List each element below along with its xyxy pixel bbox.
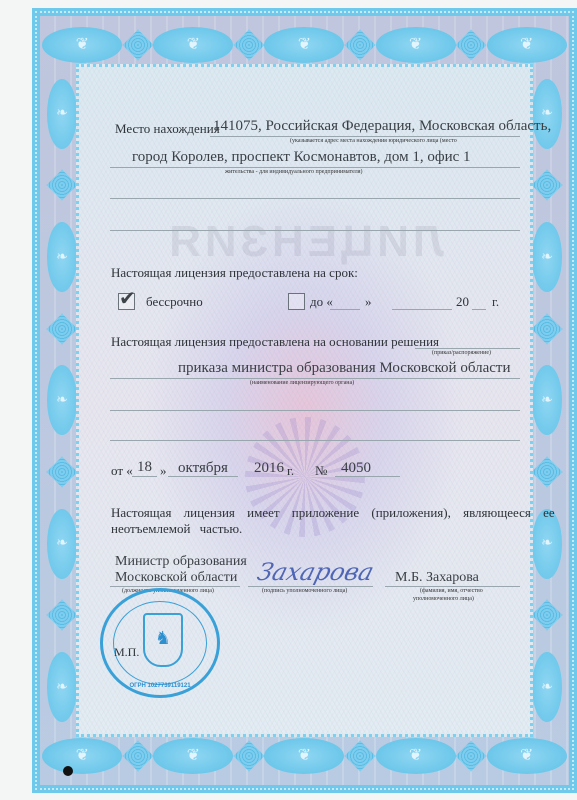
blank-rule [110,198,520,199]
scroll-ornament-icon: ❦ [153,27,233,63]
until-date-checkbox[interactable] [288,293,305,310]
order-year-suffix: г. [287,463,294,479]
unlimited-checkbox[interactable]: ✔ [118,293,135,310]
rosette-icon [46,170,77,201]
licensing-authority: приказа министра образования Московской … [178,360,510,377]
scroll-ornament-icon: ❧ [532,79,562,149]
until-year-suffix: г. [492,294,499,310]
right-ornament-column: ❧ ❧ ❧ ❧ ❧ [529,66,565,735]
scroll-ornament-icon: ❦ [153,738,233,774]
name-hint2: уполномоченного лица) [413,596,474,602]
name-hint1: (фамилия, имя, отчество [420,588,483,594]
position-rule [110,586,240,587]
scroll-ornament-icon: ❦ [376,27,456,63]
blank-rule [110,440,520,441]
location-rule1 [210,136,520,137]
until-year-rule [472,309,486,310]
basis-type-rule [415,348,520,349]
rosette-icon [531,313,562,344]
scroll-ornament-icon: ❦ [264,738,344,774]
order-number-rule [335,476,400,477]
rosette-icon [344,740,375,771]
appendix-note-line2: неотъемлемой частью. [111,521,242,537]
order-day-close: » [160,463,167,479]
order-number-label: № [315,463,327,479]
signature-rule [248,586,373,587]
scroll-ornament-icon: ❦ [487,738,567,774]
order-day: 18 [137,459,152,476]
order-from-label: от « [111,463,133,479]
rosette-icon [122,740,153,771]
scroll-ornament-icon: ❦ [264,27,344,63]
rosette-icon [456,29,487,60]
scroll-ornament-icon: ❦ [42,27,122,63]
order-month: октября [178,460,228,477]
until-option-label: до « [310,294,333,310]
checkmark-icon: ✔ [119,286,136,310]
location-hint1: (указывается адрес места нахождения юрид… [290,138,457,144]
order-day-rule [132,476,157,477]
appendix-note-line1: Настоящая лицензия имеет приложение (при… [111,505,555,521]
term-label: Настоящая лицензия предоставлена на срок… [111,265,358,281]
basis-label: Настоящая лицензия предоставлена на осно… [111,334,439,350]
signatory-position-line1: Министр образования [115,554,247,570]
scroll-ornament-icon: ❧ [532,222,562,292]
rosette-icon [531,170,562,201]
scroll-ornament-icon: ❧ [532,365,562,435]
authority-rule [110,378,520,379]
scroll-ornament-icon: ❦ [376,738,456,774]
rosette-icon [233,740,264,771]
seal-place-label: М.П. [114,645,139,660]
top-ornament-row: ❦ ❦ ❦ ❦ ❦ [40,26,569,64]
rosette-icon [531,600,562,631]
scroll-ornament-icon: ❧ [47,652,77,722]
location-rule2 [110,167,520,168]
until-year-prefix: 20 [456,294,469,310]
rosette-icon [344,29,375,60]
scroll-ornament-icon: ❧ [47,79,77,149]
blank-rule [110,230,520,231]
official-seal: ♞ ОГРН 1027739119121 [100,588,220,698]
scroll-ornament-icon: ❧ [47,365,77,435]
order-number: 4050 [341,460,371,477]
scroll-ornament-icon: ❦ [42,738,122,774]
rosette-icon [122,29,153,60]
location-line2: город Королев, проспект Космонавтов, дом… [132,149,471,166]
left-ornament-column: ❧ ❧ ❧ ❧ ❧ [44,66,80,735]
location-line1: 141075, Российская Федерация, Московская… [213,118,551,135]
punch-hole [63,766,73,776]
coat-of-arms-icon: ♞ [143,613,183,667]
until-day-rule [330,309,360,310]
rosette-icon [456,740,487,771]
rosette-icon [531,457,562,488]
order-month-rule [168,476,238,477]
authority-hint: (наименование лицензирующего органа) [250,380,354,386]
until-close-quote: » [365,294,372,310]
signature-hint: (подпись уполномоченного лица) [262,588,347,594]
watermark-text: ЛИЦЕНЗИЯ [79,217,530,267]
signature: Захарова [254,558,377,586]
signatory-position-line2: Московской области [115,570,237,586]
seal-ogrn: ОГРН 1027739119121 [103,683,217,689]
rosette-icon [233,29,264,60]
scroll-ornament-icon: ❦ [487,27,567,63]
blank-rule [110,410,520,411]
location-hint2: жительства - для индивидуального предпри… [225,169,363,175]
signatory-name: М.Б. Захарова [395,570,479,586]
name-rule [385,586,520,587]
scroll-ornament-icon: ❧ [532,652,562,722]
order-year: 2016 [254,460,284,477]
rosette-icon [46,600,77,631]
scroll-ornament-icon: ❧ [47,222,77,292]
until-month-rule [392,309,452,310]
location-label: Место нахождения [115,121,220,137]
bottom-ornament-row: ❦ ❦ ❦ ❦ ❦ [40,737,569,775]
scroll-ornament-icon: ❧ [47,509,77,579]
rosette-icon [46,313,77,344]
rosette-icon [46,457,77,488]
basis-type-hint: (приказ/распоряжение) [432,350,491,356]
unlimited-option-label: бессрочно [146,294,203,310]
